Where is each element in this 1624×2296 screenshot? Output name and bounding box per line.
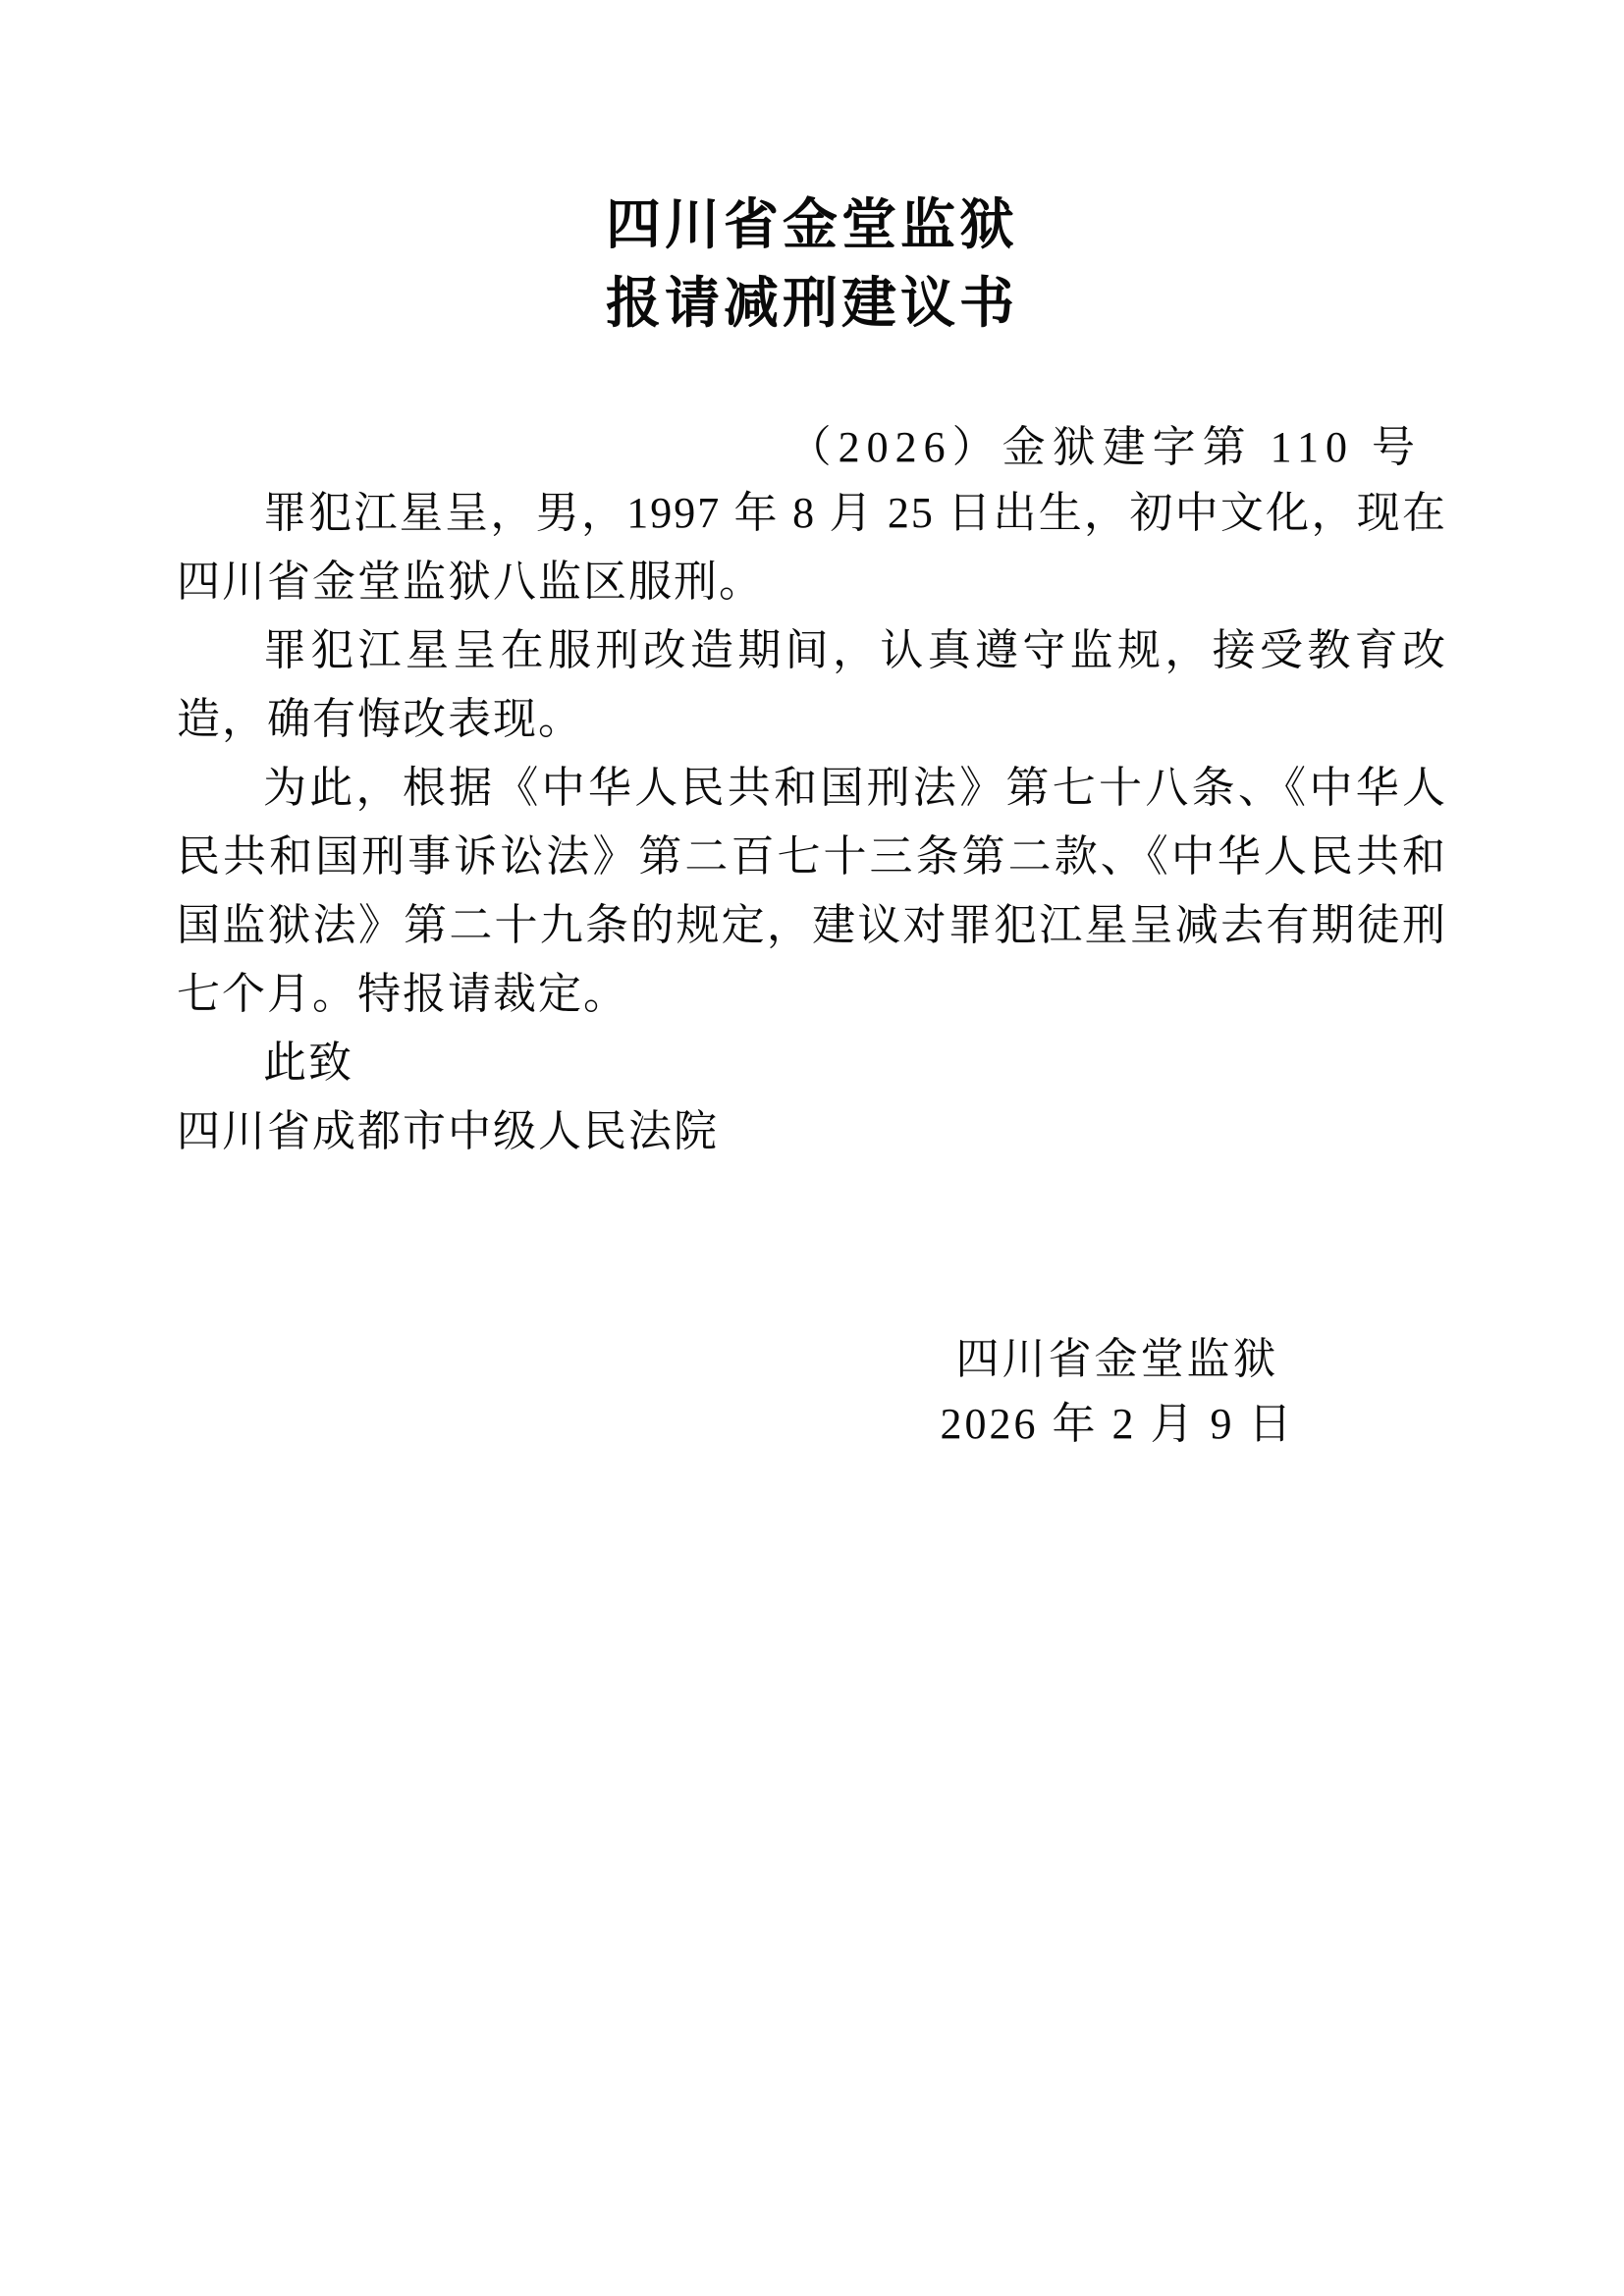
document-number: （2026）金狱建字第 110 号 xyxy=(788,420,1422,475)
paragraph-offender-info: 罪犯江星呈，男，1997 年 8 月 25 日出生，初中文化，现在四川省金堂监狱… xyxy=(177,479,1447,616)
signature-block: 四川省金堂监狱 2026 年 2 月 9 日 xyxy=(823,1327,1412,1457)
paragraph-behavior: 罪犯江星呈在服刑改造期间，认真遵守监规，接受教育改造，确有悔改表现。 xyxy=(177,616,1447,754)
document-page: 四川省金堂监狱 报请减刑建议书 （2026）金狱建字第 110 号 罪犯江星呈，… xyxy=(0,0,1624,2296)
title-line-2: 报请减刑建议书 xyxy=(0,265,1624,344)
document-body: 罪犯江星呈，男，1997 年 8 月 25 日出生，初中文化，现在四川省金堂监狱… xyxy=(177,479,1447,1166)
title-line-1: 四川省金堂监狱 xyxy=(0,187,1624,265)
paragraph-recommendation: 为此，根据《中华人民共和国刑法》第七十八条、《中华人民共和国刑事诉讼法》第二百七… xyxy=(177,754,1447,1029)
recipient-court: 四川省成都市中级人民法院 xyxy=(177,1097,1447,1166)
signature-org: 四川省金堂监狱 xyxy=(823,1327,1412,1392)
signature-date: 2026 年 2 月 9 日 xyxy=(823,1392,1412,1457)
document-title: 四川省金堂监狱 报请减刑建议书 xyxy=(0,187,1624,344)
salutation: 此致 xyxy=(177,1029,1447,1097)
